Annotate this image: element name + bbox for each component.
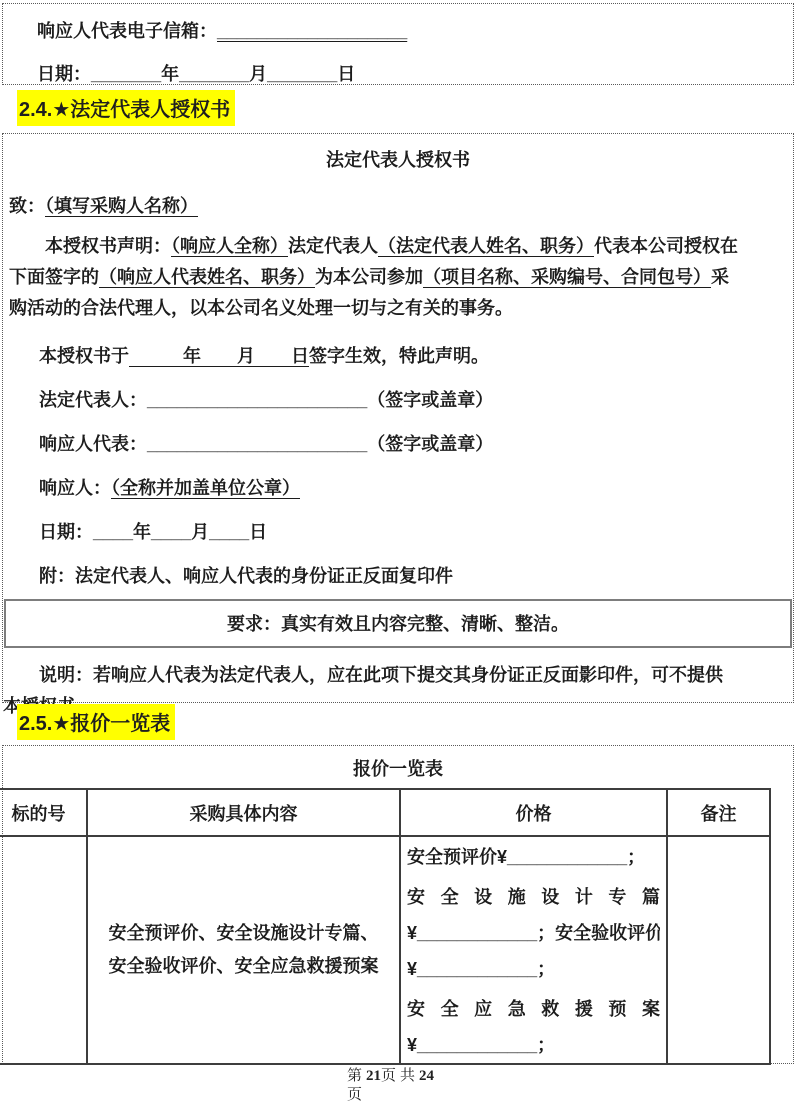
- price-line: ¥____________；: [407, 951, 660, 987]
- email-line: 响应人代表电子信箱：___________________: [37, 17, 783, 43]
- fill-in-respondent-name: （响应人全称）: [171, 236, 288, 256]
- note-line-1: 说明：若响应人代表为法定代表人，应在此项下提交其身份证正反面影印件，可不提供: [3, 660, 792, 691]
- email-blank: ___________________: [217, 21, 407, 41]
- auth-statement: 本授权书声明：（响应人全称）法定代表人（法定代表人姓名、职务）代表本公司授权在 …: [9, 231, 787, 324]
- legal-rep-signature-blank: ______________________: [147, 390, 367, 410]
- header-cell-price: 价格: [400, 789, 667, 836]
- statement-text: 下面签字的: [9, 267, 99, 287]
- statement-text: 代表本公司授权在: [594, 236, 738, 256]
- footer-text: 共: [400, 1068, 415, 1084]
- section-heading-2-5: 2.5.★报价一览表: [17, 704, 175, 740]
- date-line: 日期：_______年_______月_______日: [37, 60, 783, 86]
- addressee-label: 致：: [9, 196, 45, 216]
- quote-table-body-row: 安全预评价、安全设施设计专篇、 安全验收评价、安全应急救援预案 安全预评价¥__…: [0, 836, 770, 1064]
- footer-current-page: 21: [366, 1068, 381, 1084]
- footer-text: 第: [347, 1068, 362, 1084]
- quote-table-box: 报价一览表 标的号 采购具体内容 价格 备注 安全预评价、安全设施设计专篇、 安…: [2, 745, 794, 1064]
- header-cell-content: 采购具体内容: [87, 789, 400, 836]
- cell-content: 安全预评价、安全设施设计专篇、 安全验收评价、安全应急救援预案: [87, 836, 400, 1064]
- price-line: 安全设施设计专篇: [407, 879, 660, 915]
- statement-line-3: 购活动的合法代理人，以本公司名义处理一切与之有关的事务。: [9, 293, 787, 324]
- addressee-line: 致：（填写采购人名称）: [9, 192, 787, 218]
- auth-title: 法定代表人授权书: [9, 146, 787, 172]
- footer-total-pages: 24: [419, 1068, 434, 1084]
- statement-line-2: 下面签字的（响应人代表姓名、职务）为本公司参加（项目名称、采购编号、合同包号）采: [9, 262, 787, 293]
- statement-line-1: 本授权书声明：（响应人全称）法定代表人（法定代表人姓名、职务）代表本公司授权在: [9, 231, 787, 262]
- section-heading-2-4: 2.4.★法定代表人授权书: [17, 90, 235, 126]
- price-line: 安全应急救援预案: [407, 991, 660, 1027]
- addressee-value: （填写采购人名称）: [45, 196, 198, 216]
- fill-in-rep-name: （响应人代表姓名、职务）: [99, 267, 315, 287]
- statement-text: 法定代表人: [288, 236, 378, 256]
- effective-date-blank: 年 月 日: [129, 346, 309, 366]
- content-line: 安全验收评价、安全应急救援预案: [89, 950, 398, 983]
- email-label: 响应人代表电子信箱：: [37, 21, 217, 41]
- effective-date-line: 本授权书于 年 月 日签字生效，特此声明。: [39, 345, 787, 368]
- footer-page-number: 第21页共24 页: [347, 1067, 453, 1105]
- legal-rep-line: 法定代表人：______________________（签字或盖章）: [39, 389, 787, 412]
- attachment-line: 附：法定代表人、响应人代表的身份证正反面复印件: [39, 565, 787, 588]
- resp-rep-line: 响应人代表：______________________（签字或盖章）: [39, 433, 787, 456]
- auth-letter-box: 法定代表人授权书 致：（填写采购人名称） 本授权书声明：（响应人全称）法定代表人…: [2, 133, 794, 703]
- statement-text: 采: [711, 267, 729, 287]
- cell-price: 安全预评价¥____________； 安全设施设计专篇 ¥__________…: [400, 836, 667, 1064]
- footer-text-wrapped: 页: [347, 1086, 453, 1105]
- cell-remark: [667, 836, 770, 1064]
- requirement-box: 要求：真实有效且内容完整、清晰、整洁。: [4, 599, 792, 648]
- respondent-label: 响应人：: [39, 478, 111, 498]
- quote-table: 标的号 采购具体内容 价格 备注 安全预评价、安全设施设计专篇、 安全验收评价、…: [0, 788, 771, 1065]
- header-cell-remark: 备注: [667, 789, 770, 836]
- resp-rep-signature-blank: ______________________: [147, 434, 367, 454]
- statement-text: 为本公司参加: [315, 267, 423, 287]
- quote-table-header-row: 标的号 采购具体内容 价格 备注: [0, 789, 770, 836]
- legal-rep-label: 法定代表人：: [39, 390, 147, 410]
- auth-date-line: 日期：____年____月____日: [39, 521, 787, 544]
- document-page: 响应人代表电子信箱：___________________ 日期：_______…: [0, 0, 800, 1109]
- price-line: ¥____________；安全验收评价: [407, 915, 660, 951]
- top-contact-box: 响应人代表电子信箱：___________________ 日期：_______…: [2, 3, 794, 85]
- sign-or-seal-note: （签字或盖章）: [367, 434, 493, 454]
- footer-text: 页: [381, 1068, 396, 1084]
- content-line: 安全预评价、安全设施设计专篇、: [89, 917, 398, 950]
- fill-in-legal-rep-name: （法定代表人姓名、职务）: [378, 236, 594, 256]
- cell-subject-no: [0, 836, 87, 1064]
- respondent-fill-note: （全称并加盖单位公章）: [111, 478, 300, 498]
- quote-table-title: 报价一览表: [3, 746, 793, 788]
- resp-rep-label: 响应人代表：: [39, 434, 147, 454]
- effective-post: 签字生效，特此声明。: [309, 346, 489, 366]
- page-footer: 第21页共24 页: [0, 1067, 800, 1105]
- statement-text: 本授权书声明：: [45, 236, 171, 256]
- header-cell-subject-no: 标的号: [0, 789, 87, 836]
- effective-pre: 本授权书于: [39, 346, 129, 366]
- respondent-line: 响应人：（全称并加盖单位公章）: [39, 477, 787, 500]
- price-line: 安全预评价¥____________；: [407, 839, 660, 875]
- sign-or-seal-note: （签字或盖章）: [367, 390, 493, 410]
- price-line: ¥____________；: [407, 1027, 660, 1063]
- fill-in-project-info: （项目名称、采购编号、合同包号）: [423, 267, 711, 287]
- statement-text: 购活动的合法代理人，以本公司名义处理一切与之有关的事务。: [9, 298, 513, 318]
